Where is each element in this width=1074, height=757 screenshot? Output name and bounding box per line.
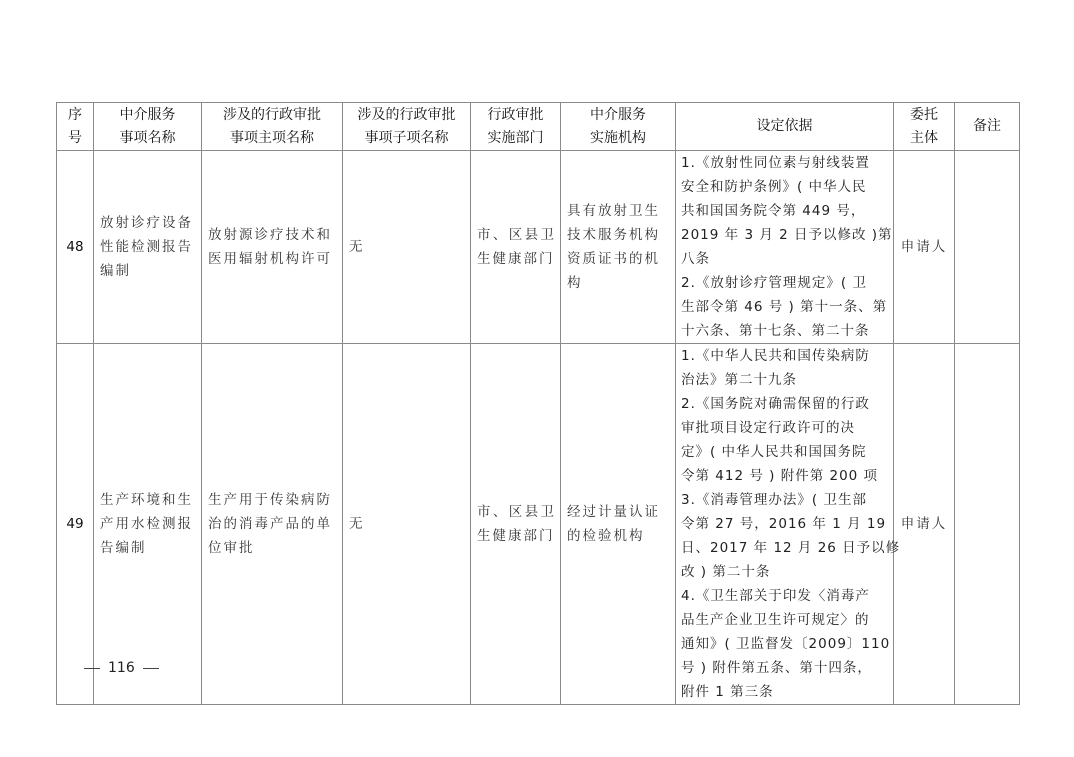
header-remarks: 备注 — [955, 103, 1020, 151]
row-number: 48 — [57, 151, 94, 344]
service-name: 生产环境和生产用水检测报告编制 — [94, 344, 202, 705]
table-row: 48 放射诊疗设备性能检测报告编制 放射源诊疗技术和医用辐射机构许可 无 市、区… — [57, 151, 1020, 344]
table-row: 49 生产环境和生产用水检测报告编制 生产用于传染病防治的消毒产品的单位审批 无… — [57, 344, 1020, 705]
header-service-name: 中介服务事项名称 — [94, 103, 202, 151]
header-approval-sub: 涉及的行政审批事项子项名称 — [343, 103, 471, 151]
intermediary-services-table: 序号 中介服务事项名称 涉及的行政审批事项主项名称 涉及的行政审批事项子项名称 … — [56, 102, 1020, 705]
legal-basis: 1.《放射性同位素与射线装置 安全和防护条例》( 中华人民 共和国国务院令第 4… — [676, 151, 894, 344]
remarks — [955, 344, 1020, 705]
remarks — [955, 151, 1020, 344]
approval-main: 放射源诊疗技术和医用辐射机构许可 — [202, 151, 343, 344]
header-entrusted-party: 委托主体 — [894, 103, 955, 151]
header-row: 序号 中介服务事项名称 涉及的行政审批事项主项名称 涉及的行政审批事项子项名称 … — [57, 103, 1020, 151]
dash-right — [143, 668, 159, 669]
row-number: 49 — [57, 344, 94, 705]
department: 市、区县卫生健康部门 — [471, 151, 561, 344]
approval-sub: 无 — [343, 151, 471, 344]
page-number: 116 — [76, 660, 167, 676]
institution: 具有放射卫生技术服务机构资质证书的机构 — [561, 151, 676, 344]
approval-sub: 无 — [343, 344, 471, 705]
legal-basis: 1.《中华人民共和国传染病防 治法》第二十九条 2.《国务院对确需保留的行政 审… — [676, 344, 894, 705]
dash-left — [84, 668, 100, 669]
approval-main: 生产用于传染病防治的消毒产品的单位审批 — [202, 344, 343, 705]
header-number: 序号 — [57, 103, 94, 151]
entrusted-party: 申请人 — [894, 151, 955, 344]
institution: 经过计量认证的检验机构 — [561, 344, 676, 705]
header-basis: 设定依据 — [676, 103, 894, 151]
header-department: 行政审批实施部门 — [471, 103, 561, 151]
header-institution: 中介服务实施机构 — [561, 103, 676, 151]
service-name: 放射诊疗设备性能检测报告编制 — [94, 151, 202, 344]
entrusted-party: 申请人 — [894, 344, 955, 705]
header-approval-main: 涉及的行政审批事项主项名称 — [202, 103, 343, 151]
department: 市、区县卫生健康部门 — [471, 344, 561, 705]
